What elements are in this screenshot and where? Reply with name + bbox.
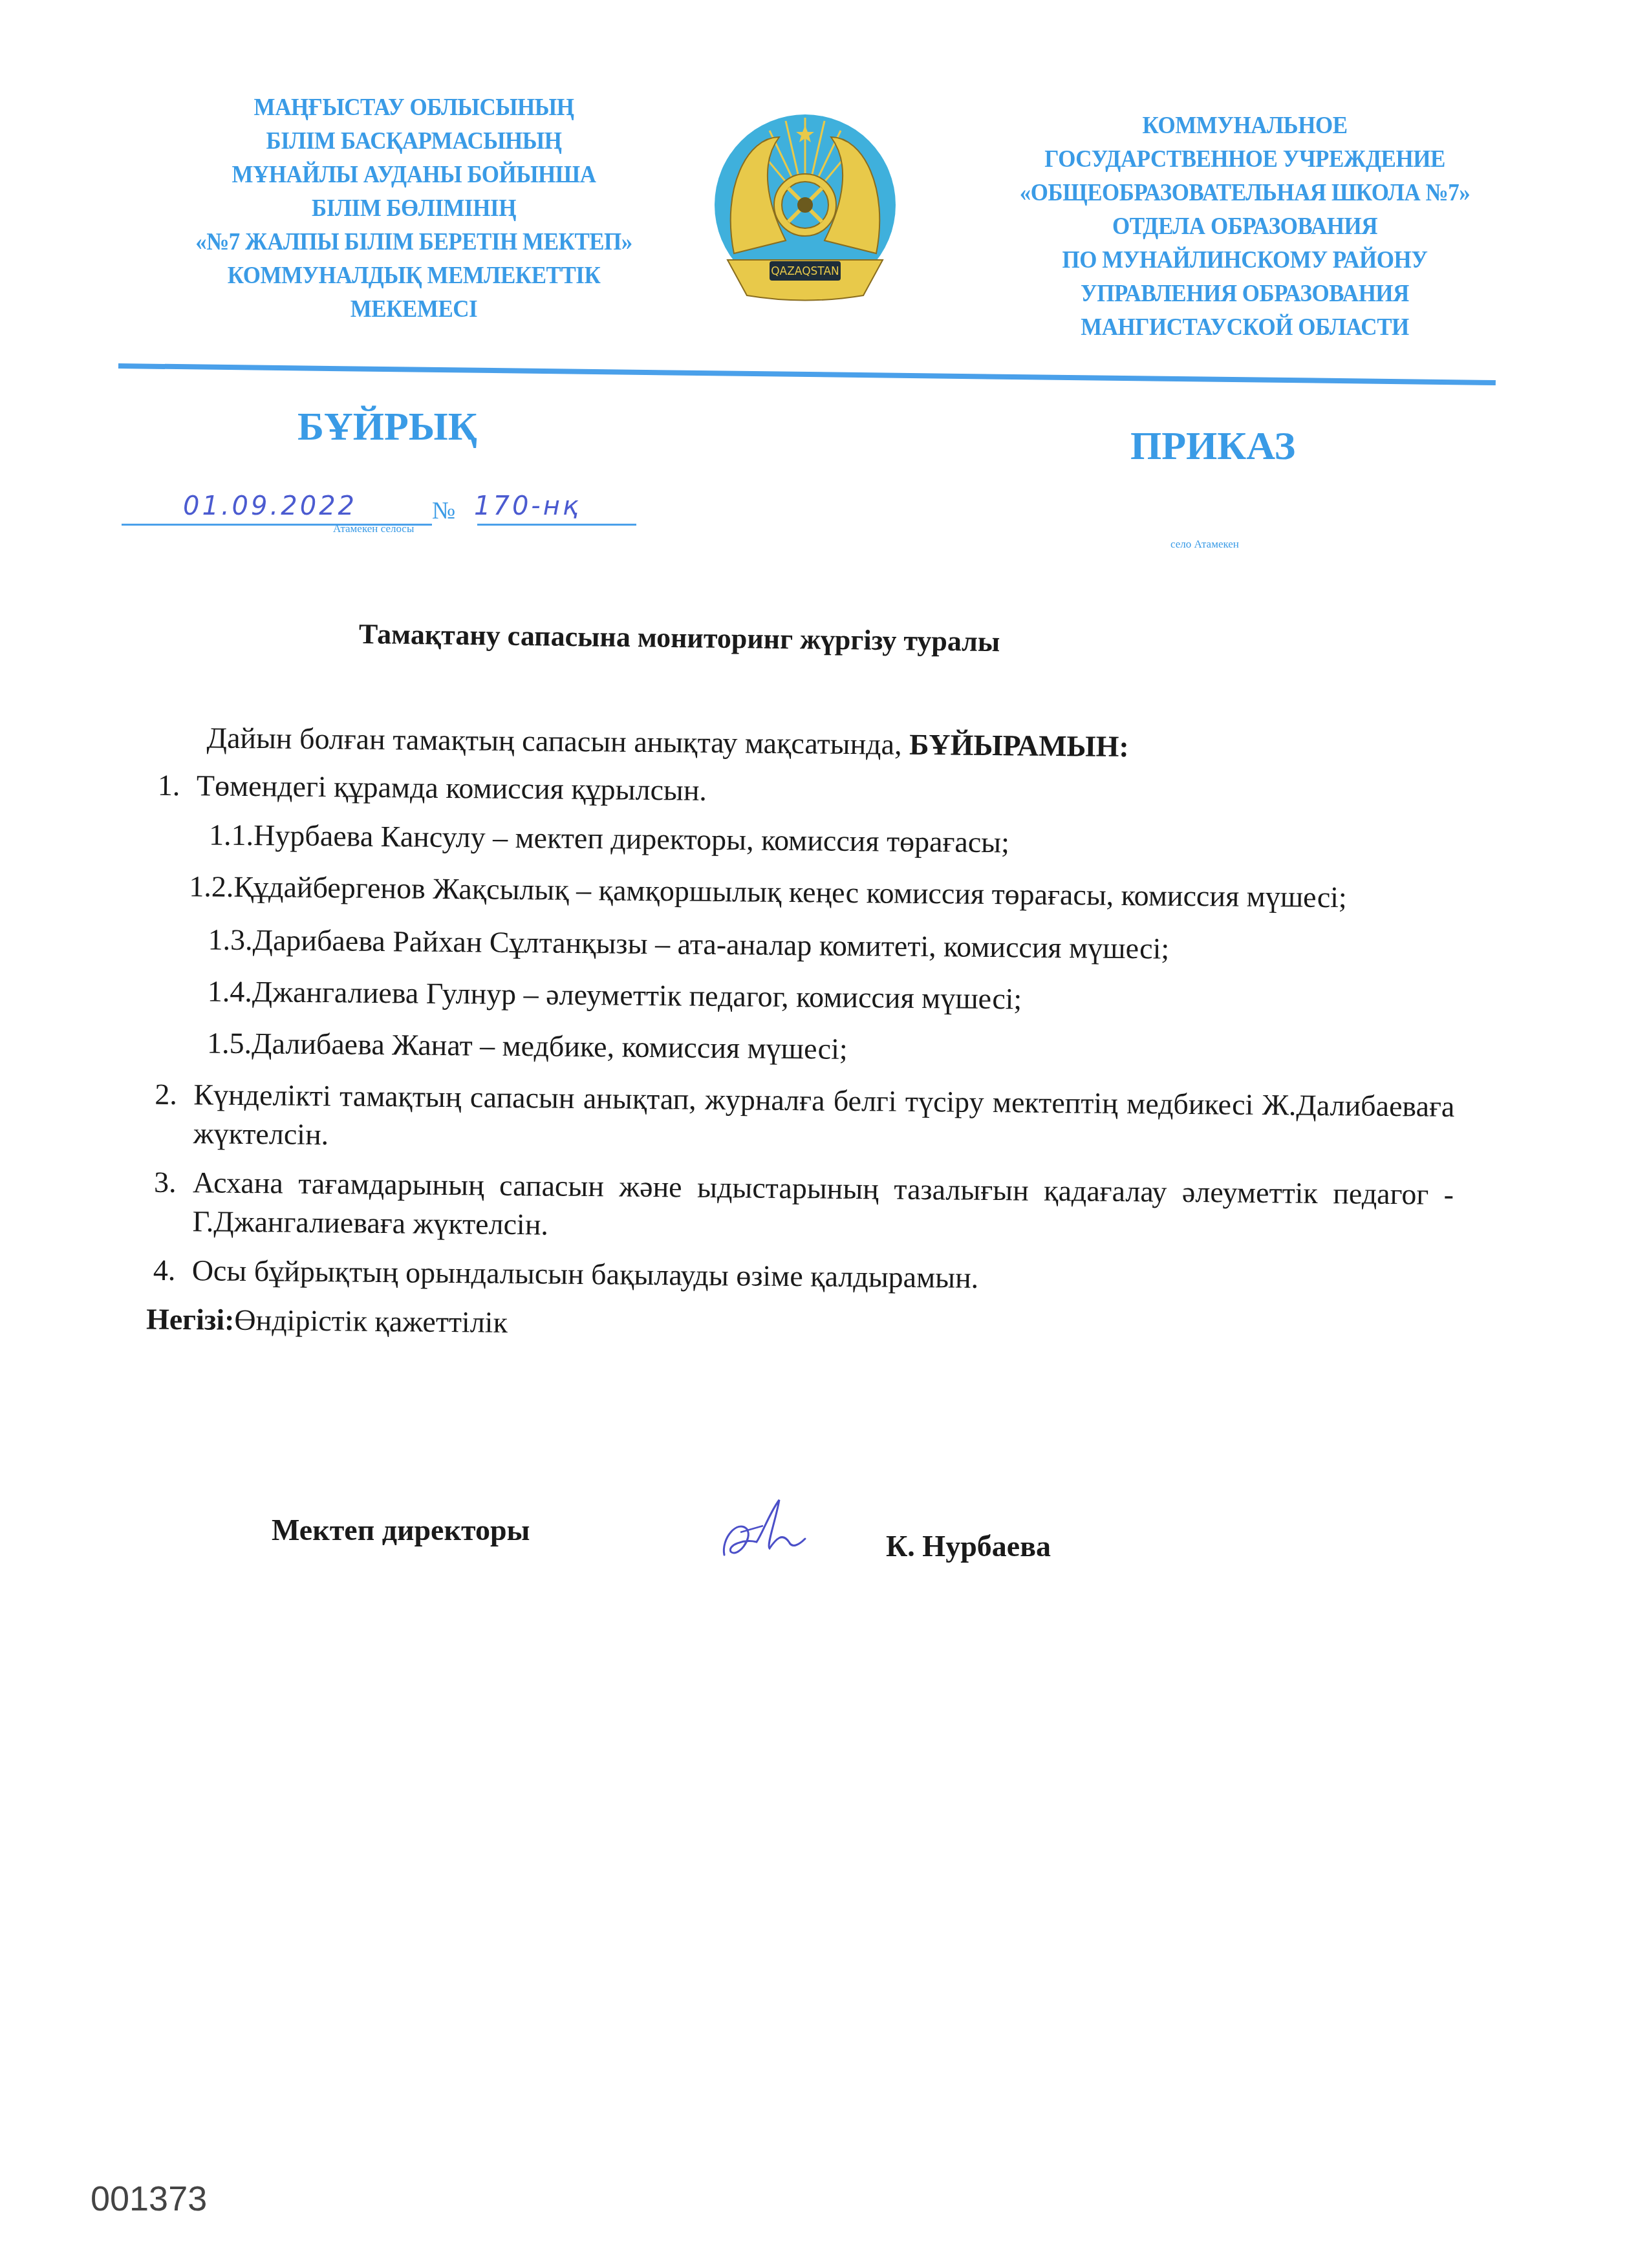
item-text: Күнделікті тамақтың сапасын анықтап, жур…: [193, 1075, 1455, 1165]
header-line: МАҢҒЫСТАУ ОБЛЫСЫНЫҢ: [176, 91, 652, 124]
order-title-kz: БҰЙРЫҚ: [297, 404, 477, 450]
header-divider: [118, 363, 1496, 385]
serial-number: 001373: [91, 2179, 207, 2219]
basis-line: Негізі:Өндірістік қажеттілік: [107, 1300, 1452, 1351]
place-ru: село Атамекен: [1170, 538, 1239, 551]
basis-text: Өндірістік қажеттілік: [234, 1303, 508, 1339]
order-title-ru: ПРИКАЗ: [1130, 423, 1295, 469]
header-line: УПРАВЛЕНИЯ ОБРАЗОВАНИЯ: [974, 277, 1515, 310]
member-4: 1.4.Джангалиева Гулнур – әлеуметтік педа…: [111, 971, 1456, 1023]
order-verb: БҰЙЫРАМЫН:: [909, 728, 1129, 763]
header-line: МАНГИСТАУСКОЙ ОБЛАСТИ: [974, 310, 1515, 344]
member-2: 1.2.Құдайбергенов Жақсылық – қамқоршылық…: [111, 866, 1456, 918]
header-line: МЕКЕМЕСІ: [176, 292, 652, 326]
signatory-name: К. Нурбаева: [886, 1529, 1051, 1563]
item-text: Төмендегі құрамда комиссия құрылсын.: [197, 766, 1458, 817]
document-title: Тамақтану сапасына мониторинг жүргізу ту…: [359, 617, 1000, 658]
member-1: 1.1.Нурбаева Кансулу – мектеп директоры,…: [112, 815, 1457, 866]
item-number: 3.: [108, 1162, 193, 1241]
document-body: Дайын болған тамақтың сапасын анықтау ма…: [107, 718, 1458, 1351]
handwritten-signature-icon: [718, 1493, 808, 1565]
item-2: 2. Күнделікті тамақтың сапасын анықтап, …: [109, 1075, 1455, 1165]
header-line: КОММУНАЛЬНОЕ: [974, 109, 1515, 142]
basis-label: Негізі:: [146, 1303, 235, 1336]
place-kz: Атамекен селосы: [333, 522, 414, 535]
header-institution-ru: КОММУНАЛЬНОЕ ГОСУДАРСТВЕННОЕ УЧРЕЖДЕНИЕ …: [974, 109, 1515, 344]
kazakhstan-emblem-icon: QAZAQSTAN: [708, 111, 902, 305]
member-5: 1.5.Далибаева Жанат – медбике, комиссия …: [110, 1023, 1455, 1075]
emblem-label: QAZAQSTAN: [771, 265, 839, 278]
header-line: ПО МУНАЙЛИНСКОМУ РАЙОНУ: [974, 243, 1515, 277]
order-number: 170-нқ: [474, 491, 581, 521]
header-line: «ОБЩЕОБРАЗОВАТЕЛЬНАЯ ШКОЛА №7»: [974, 176, 1515, 209]
signatory-role: Мектеп директоры: [272, 1513, 530, 1547]
item-text: Осы бұйрықтың орындалысын бақылауды өзім…: [192, 1251, 1453, 1302]
number-underline: [477, 524, 636, 526]
header-line: МҰНАЙЛЫ АУДАНЫ БОЙЫНША: [176, 158, 652, 191]
header-line: «№7 ЖАЛПЫ БІЛІМ БЕРЕТІН МЕКТЕП»: [176, 225, 652, 259]
intro-text: Дайын болған тамақтың сапасын анықтау ма…: [206, 721, 909, 760]
item-1: 1. Төмендегі құрамда комиссия құрылсын.: [113, 765, 1458, 817]
item-number: 2.: [109, 1075, 194, 1153]
signature-block: Мектеп директоры К. Нурбаева: [272, 1500, 1177, 1590]
item-4: 4. Осы бұйрықтың орындалысын бақылауды ө…: [108, 1250, 1453, 1302]
header-line: БІЛІМ БАСҚАРМАСЫНЫҢ: [176, 124, 652, 158]
order-date: 01.09.2022: [183, 491, 357, 521]
header-line: КОММУНАЛДЫҚ МЕМЛЕКЕТТІК: [176, 259, 652, 292]
number-sign: №: [432, 497, 455, 525]
member-3: 1.3.Дарибаева Райхан Сұлтанқызы – ата-ан…: [111, 919, 1456, 971]
item-text: Асхана тағамдарының сапасын және ыдыстар…: [192, 1163, 1454, 1253]
header-line: БІЛІМ БӨЛІМІНІҢ: [176, 191, 652, 225]
intro-paragraph: Дайын болған тамақтың сапасын анықтау ма…: [113, 718, 1458, 769]
header-institution-kz: МАҢҒЫСТАУ ОБЛЫСЫНЫҢ БІЛІМ БАСҚАРМАСЫНЫҢ …: [176, 91, 652, 326]
item-number: 1.: [113, 765, 197, 805]
header-line: ОТДЕЛА ОБРАЗОВАНИЯ: [974, 209, 1515, 243]
header-line: ГОСУДАРСТВЕННОЕ УЧРЕЖДЕНИЕ: [974, 142, 1515, 176]
item-3: 3. Асхана тағамдарының сапасын және ыдыс…: [108, 1162, 1454, 1253]
item-number: 4.: [108, 1250, 193, 1290]
